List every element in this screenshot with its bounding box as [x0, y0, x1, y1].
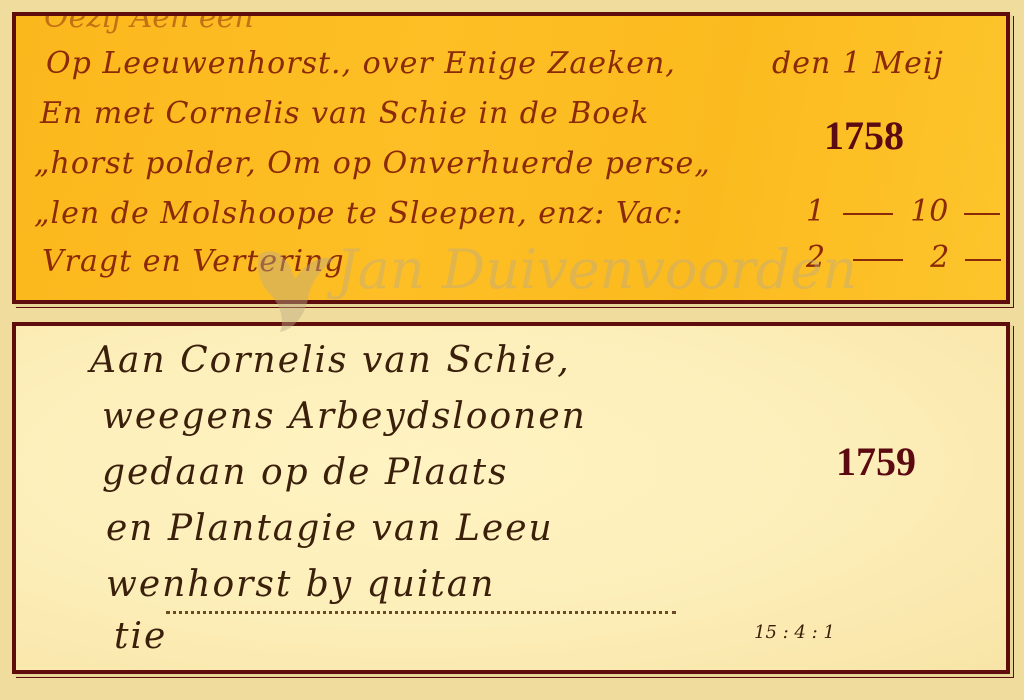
handwritten-line: Aan Cornelis van Schie, [90, 340, 571, 381]
handwritten-line: En met Cornelis van Schie in de Boek [40, 96, 649, 131]
handwritten-line: wenhorst by quitan [106, 564, 495, 605]
amount-stuivers: 2 [930, 240, 949, 275]
handwritten-line: Vragt en Vertering [42, 244, 345, 279]
amount-row-1: 1 10 [806, 194, 1000, 229]
handwritten-line: weegens Arbeydsloonen [102, 396, 587, 437]
document-excerpt-1758: Oezij Aen een Op Leeuwenhorst., over Eni… [12, 12, 1010, 304]
amount-row-2: 2 2 [806, 240, 1001, 275]
handwritten-line: Op Leeuwenhorst., over Enige Zaeken, [46, 46, 676, 81]
document-excerpt-1759: Aan Cornelis van Schie, weegens Arbeydsl… [12, 322, 1010, 674]
handwritten-line: en Plantagie van Leeu [106, 508, 554, 549]
year-label-1758: 1758 [824, 112, 904, 159]
handwritten-line: tie [114, 616, 167, 657]
dotted-leader [166, 611, 676, 614]
date-note: den 1 Meij [772, 46, 944, 81]
handwritten-line: gedaan op de Plaats [102, 452, 509, 493]
amount-stuivers: 10 [910, 194, 948, 229]
handwritten-line: „horst polder, Om op Onverhuerde perse„ [34, 146, 711, 181]
handwritten-line: „len de Molshoope te Sleepen, enz: Vac: [34, 196, 684, 231]
total-amount: 15 : 4 : 1 [754, 622, 835, 643]
amount-guilders: 2 [806, 240, 825, 275]
amount-guilders: 1 [806, 194, 825, 229]
year-label-1759: 1759 [836, 438, 916, 485]
cropped-previous-line: Oezij Aen een [44, 12, 254, 35]
